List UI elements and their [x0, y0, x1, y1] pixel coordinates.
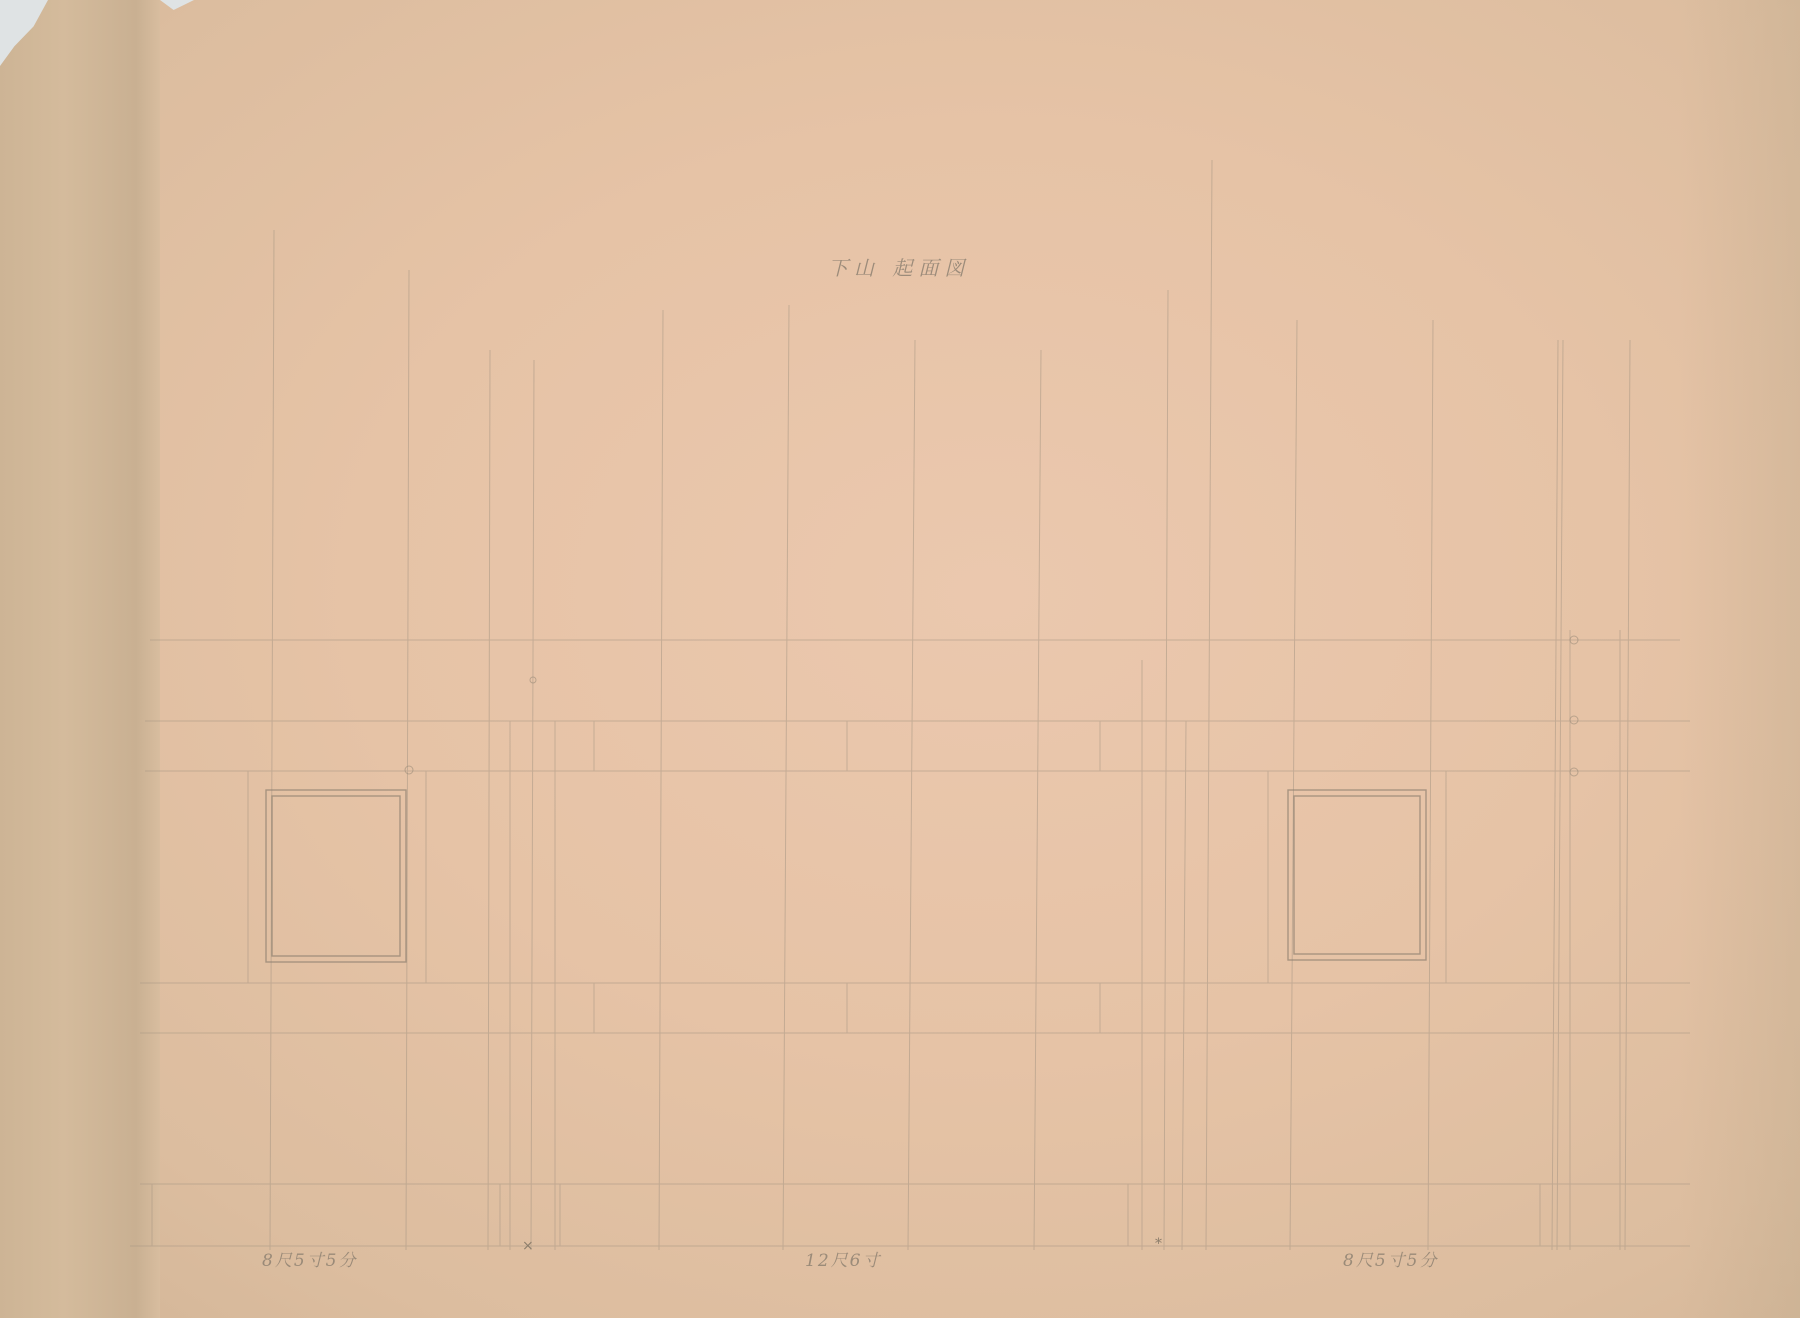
elevation-grid — [0, 0, 1800, 1318]
cross-mark-right: * — [1155, 1236, 1162, 1252]
dimension-middle: 12尺6寸 — [805, 1246, 881, 1271]
drawing-title: 下山 起面図 — [828, 252, 970, 281]
dimension-left: 8尺5寸5分 — [262, 1246, 357, 1271]
cross-mark-left: × — [522, 1238, 534, 1254]
window-frames — [266, 790, 1426, 962]
dimension-right: 8尺5寸5分 — [1343, 1246, 1438, 1271]
